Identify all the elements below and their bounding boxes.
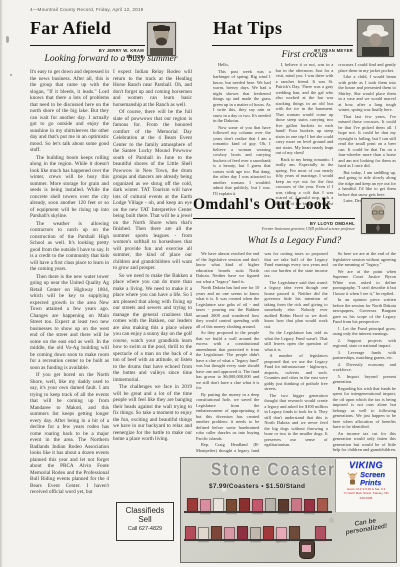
hat-tips-headline: First crocus bbox=[213, 50, 396, 60]
coaster-tile bbox=[213, 498, 224, 512]
omdahl-columns: We have almost reached the end of the le… bbox=[196, 251, 396, 456]
display-pot bbox=[299, 540, 315, 559]
personalized-note: Can be personalized! bbox=[338, 516, 393, 538]
scan-speck bbox=[10, 74, 12, 76]
coaster-tile bbox=[289, 526, 300, 540]
coaster-tile bbox=[291, 498, 302, 512]
hat-tips-columns: Hello,This past week was a harbinger of … bbox=[213, 62, 396, 209]
far-afield-column-2: I expect Indian Relay Rodeo will return … bbox=[113, 69, 192, 500]
hat-tips-title: Hat Tips bbox=[213, 19, 282, 37]
scan-speck bbox=[6, 36, 9, 43]
far-afield-rule bbox=[30, 45, 145, 46]
stone-coasters-ad: Stone Coasters $7.99/Coasters • $1.50/St… bbox=[180, 457, 397, 563]
page-folio: 4—Mountrail County Record, Friday, April… bbox=[30, 7, 143, 12]
omdahl-credit-line: Former lieutenant governor, UND politica… bbox=[193, 227, 355, 231]
coaster-tile bbox=[237, 526, 248, 540]
viking-store-name-3: Prints bbox=[360, 479, 385, 487]
hat-tips-rule bbox=[212, 45, 353, 46]
classifieds-phone: Call 627-4829 bbox=[117, 525, 173, 534]
kram-portrait-photo bbox=[147, 22, 176, 56]
coaster-tile bbox=[265, 498, 276, 512]
coaster-tile bbox=[187, 498, 198, 512]
coaster-tile bbox=[315, 526, 326, 540]
classifieds-line2: Sell bbox=[117, 515, 173, 525]
coaster-tile bbox=[239, 498, 250, 512]
omdahl-portrait-image bbox=[362, 199, 394, 233]
viking-phone: 628-2698 bbox=[336, 497, 396, 501]
viking-panel: VIKING Screen Prints Hours: M-F 9-5:30 &… bbox=[335, 459, 396, 512]
omdahl-portrait-photo bbox=[361, 198, 395, 234]
coaster-tile bbox=[211, 526, 222, 540]
classifieds-ad: Classifieds Sell Call 627-4829 bbox=[116, 502, 174, 541]
kram-portrait-image bbox=[148, 23, 175, 55]
omdahl-headline: What Is a Legacy Fund? bbox=[193, 236, 396, 246]
far-afield-column-1: It's easy to get down and depressed in t… bbox=[30, 69, 109, 550]
classifieds-line1: Classifieds bbox=[117, 506, 173, 515]
coaster-tile bbox=[317, 498, 328, 512]
omdahl-rule bbox=[193, 218, 355, 219]
far-afield-headline: Looking forward to a busy summer bbox=[30, 54, 192, 64]
coaster-ad-headline: Stone Coasters bbox=[211, 460, 346, 482]
coaster-ad-price: $7.99/Coasters • $1.50/Stand bbox=[209, 483, 305, 490]
coaster-tile bbox=[185, 526, 196, 540]
far-afield-title: Far Afield bbox=[30, 19, 111, 37]
coaster-tile bbox=[263, 526, 274, 540]
omdahl-title: Omdahl's Out Look bbox=[193, 197, 331, 213]
display-shelf bbox=[184, 511, 332, 513]
viking-mascot-icon bbox=[347, 472, 358, 485]
newspaper-page: 4—Mountrail County Record, Friday, April… bbox=[0, 0, 400, 567]
